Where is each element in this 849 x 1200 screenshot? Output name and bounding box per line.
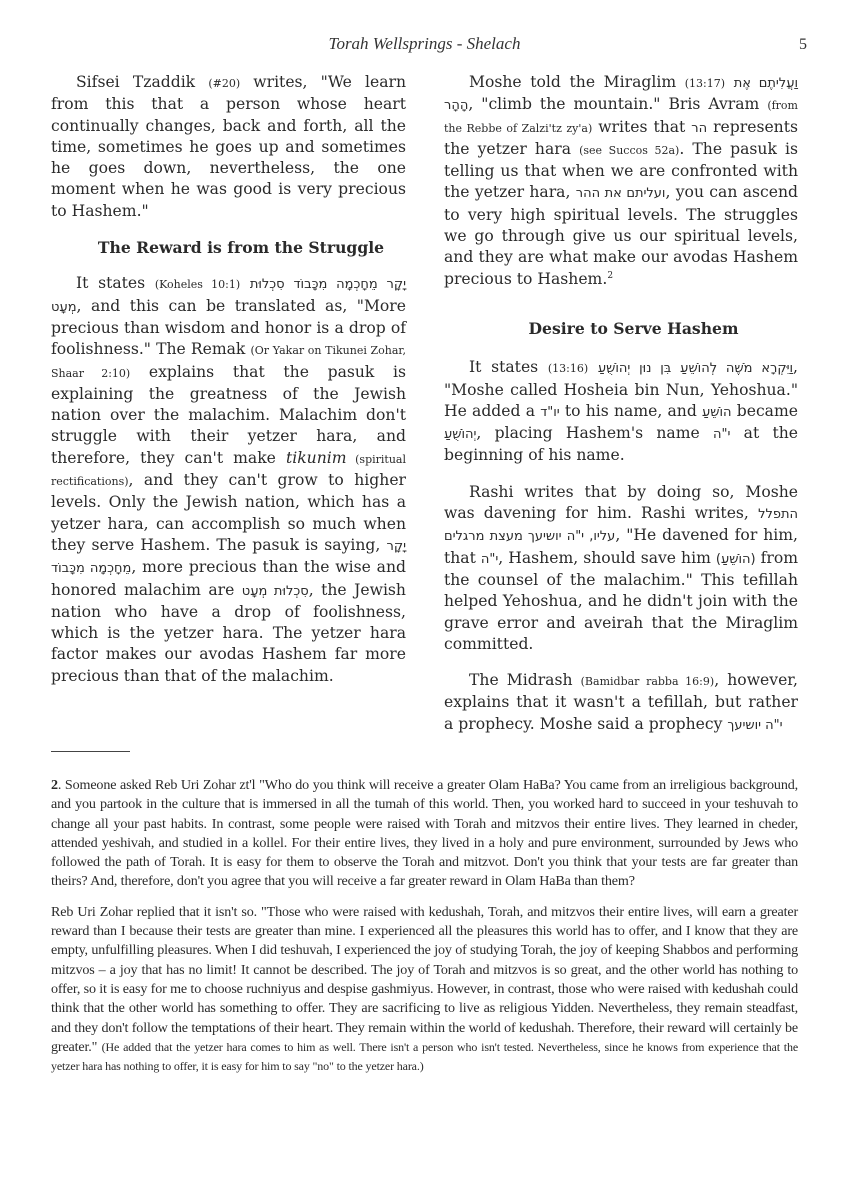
paragraph-koheles: It states (Koheles 10:1) יָקָר מֵחָכְמָה…: [51, 273, 406, 687]
citation: (Koheles 10:1): [155, 278, 240, 291]
citation: (13:16): [548, 362, 588, 375]
paragraph-rashi: Rashi writes that by doing so, Moshe was…: [444, 482, 798, 655]
paragraph-yehoshua: It states (13:16) וַיִּקְרָא מֹשֶׁה לְהו…: [444, 357, 798, 466]
hebrew-quote: י"ה יושיעך: [727, 718, 782, 733]
citation: (Bamidbar rabba 16:9): [581, 675, 715, 688]
left-column: Sifsei Tzaddik (#20) writes, "We learn f…: [51, 72, 406, 702]
right-column: Moshe told the Miraglim (13:17) וַעֲלִית…: [444, 72, 798, 751]
italic-term: tikunim: [286, 449, 347, 467]
hebrew-quote: וַיִּקְרָא מֹשֶׁה לְהוֹשֵׁעַ בִּן נוּן י…: [598, 361, 793, 376]
citation: (see Succos 52a): [579, 144, 679, 157]
text: Moshe told the Miraglim: [469, 73, 685, 91]
citation: (13:17): [685, 77, 725, 90]
hebrew-quote: י"ה: [481, 552, 498, 567]
text: Sifsei Tzaddik: [76, 73, 208, 91]
citation: (הוֹשֵׁעַ): [716, 552, 756, 567]
text: writes that: [592, 118, 691, 136]
hebrew-quote: יו"ד: [540, 405, 560, 420]
text: The Midrash: [469, 671, 581, 689]
header-title: Torah Wellsprings - Shelach: [0, 34, 849, 54]
hebrew-quote: הר: [691, 121, 707, 136]
hebrew-quote: יְהוֹשֻׁעַ: [444, 427, 476, 442]
text: . Someone asked Reb Uri Zohar zt'l "Who …: [51, 777, 798, 889]
hebrew-quote: ועליתם את ההר: [576, 186, 666, 201]
section-heading: The Reward is from the Struggle: [51, 237, 406, 258]
parenthetical-note: (He added that the yetzer hara comes to …: [51, 1040, 798, 1073]
footnote-2: 2. Someone asked Reb Uri Zohar zt'l "Who…: [51, 776, 798, 892]
text: It states: [469, 358, 548, 376]
text: writes, "We learn from this that a perso…: [51, 73, 406, 220]
hebrew-quote: הוֹשֵׁעַ: [702, 405, 732, 420]
text: became: [732, 402, 798, 420]
section-heading: Desire to Serve Hashem: [444, 318, 798, 339]
footnotes: 2. Someone asked Reb Uri Zohar zt'l "Who…: [51, 776, 798, 1087]
paragraph-midrash: The Midrash (Bamidbar rabba 16:9), howev…: [444, 670, 798, 736]
running-header: Torah Wellsprings - Shelach 5: [0, 34, 849, 56]
citation: (#20): [208, 77, 240, 90]
hebrew-quote: סִכְלוּת מְעָט: [242, 584, 309, 599]
text: to his name, and: [560, 402, 702, 420]
footnote-number: 2: [51, 777, 58, 793]
text: , placing Hashem's name: [476, 424, 713, 442]
footnote-marker[interactable]: 2: [607, 270, 613, 280]
text: It states: [76, 274, 155, 292]
footnote-divider: [51, 751, 130, 752]
paragraph-miraglim: Moshe told the Miraglim (13:17) וַעֲלִית…: [444, 72, 798, 290]
footnote-2-continued: Reb Uri Zohar replied that it isn't so. …: [51, 903, 798, 1077]
text: , "climb the mountain." Bris Avram: [468, 95, 767, 113]
page-number: 5: [799, 36, 807, 54]
text: Reb Uri Zohar replied that it isn't so. …: [51, 904, 798, 1055]
text: , Hashem, should save him: [498, 549, 716, 567]
hebrew-quote: י"ה: [713, 427, 730, 442]
paragraph-sifsei-tzaddik: Sifsei Tzaddik (#20) writes, "We learn f…: [51, 72, 406, 222]
text: Rashi writes that by doing so, Moshe was…: [444, 483, 798, 522]
